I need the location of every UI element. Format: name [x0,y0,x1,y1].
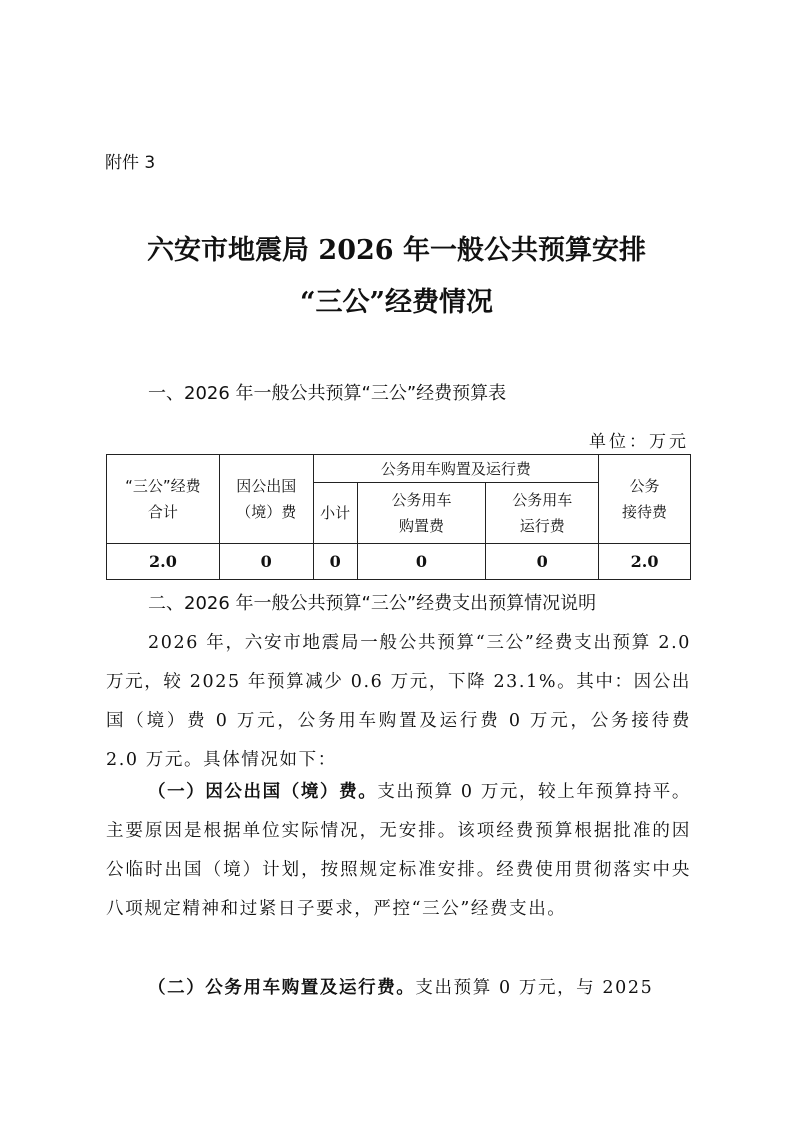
value-overseas: 0 [219,544,313,580]
value-vehicle-subtotal: 0 [313,544,357,580]
header-vehicle-operation: 公务用车 运行费 [486,483,599,544]
summary-paragraph: 2026 年，六安市地震局一般公共预算“三公”经费支出预算 2.0 万元，较 2… [106,624,691,780]
item1-title: （一）因公出国（境）费。 [148,782,377,802]
budget-table: “三公”经费 合计 因公出国 （境）费 公务用车购置及运行费 公务 接待费 小计… [106,454,691,580]
header-vehicle-purchase: 公务用车 购置费 [357,483,486,544]
section2-heading: 二、2026 年一般公共预算“三公”经费支出预算情况说明 [148,589,596,615]
header-vehicle-group: 公务用车购置及运行费 [313,455,598,483]
table-row: 2.0 0 0 0 0 2.0 [107,544,691,580]
value-vehicle-operation: 0 [486,544,599,580]
document-title-line1: 六安市地震局 2026 年一般公共预算安排 [0,228,793,267]
value-vehicle-purchase: 0 [357,544,486,580]
value-total: 2.0 [107,544,220,580]
header-total: “三公”经费 合计 [107,455,220,544]
item1-body: 支出预算 0 万元，较上年预算持平。主要原因是根据单位实际情况，无安排。该项经费… [106,782,691,919]
attachment-label: 附件 3 [105,148,155,173]
item1-paragraph: （一）因公出国（境）费。支出预算 0 万元，较上年预算持平。主要原因是根据单位实… [106,773,691,929]
header-vehicle-subtotal: 小计 [313,483,357,544]
header-reception: 公务 接待费 [599,455,691,544]
item2-body: 支出预算 0 万元，与 2025 [415,978,653,998]
item2-title: （二）公务用车购置及运行费。 [148,978,415,998]
value-reception: 2.0 [599,544,691,580]
section1-heading: 一、2026 年一般公共预算“三公”经费预算表 [148,379,506,405]
header-overseas: 因公出国 （境）费 [219,455,313,544]
item2-paragraph: （二）公务用车购置及运行费。支出预算 0 万元，与 2025 [106,969,691,1008]
unit-label: 单位：万元 [589,427,689,452]
document-title-line2: “三公”经费情况 [0,280,793,319]
